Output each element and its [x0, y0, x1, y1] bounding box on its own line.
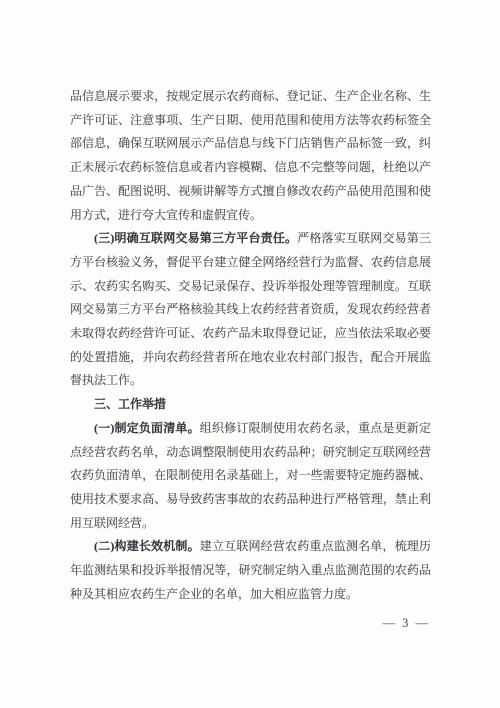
heading-text: 三、工作举措 [94, 397, 166, 411]
page-number: — 3 — [383, 616, 431, 631]
paragraph-continuation: 品信息展示要求，按规定展示农药商标、登记证、生产企业名称、生产许可证、注意事项、… [70, 85, 431, 227]
paragraph-lead: (一)制定负面清单。 [94, 421, 200, 435]
heading-work-measures: 三、工作举措 [70, 393, 431, 417]
paragraph-item-2-long-term-mechanism: (二)构建长效机制。建立互联网经营农药重点监测名单，梳理历年监测结果和投诉举报情… [70, 535, 431, 606]
paragraph-item-1-negative-list: (一)制定负面清单。组织修订限制使用农药名录，重点是更新定点经营农药名单，动态调… [70, 417, 431, 536]
paragraph-lead: (三)明确互联网交易第三方平台责任。 [94, 231, 297, 245]
document-body: 品信息展示要求，按规定展示农药商标、登记证、生产企业名称、生产许可证、注意事项、… [70, 85, 431, 606]
paragraph-text: 品信息展示要求，按规定展示农药商标、登记证、生产企业名称、生产许可证、注意事项、… [70, 89, 431, 222]
document-page: 品信息展示要求，按规定展示农药商标、登记证、生产企业名称、生产许可证、注意事项、… [0, 0, 500, 708]
paragraph-text: 严格落实互联网交易第三方平台核验义务，督促平台建立健全网络经营行为监督、农药信息… [70, 231, 431, 387]
paragraph-section-3-platform-responsibility: (三)明确互联网交易第三方平台责任。严格落实互联网交易第三方平台核验义务，督促平… [70, 227, 431, 393]
paragraph-text: 组织修订限制使用农药名录，重点是更新定点经营农药名单，动态调整限制使用农药品种；… [70, 421, 431, 530]
paragraph-lead: (二)构建长效机制。 [94, 539, 200, 553]
